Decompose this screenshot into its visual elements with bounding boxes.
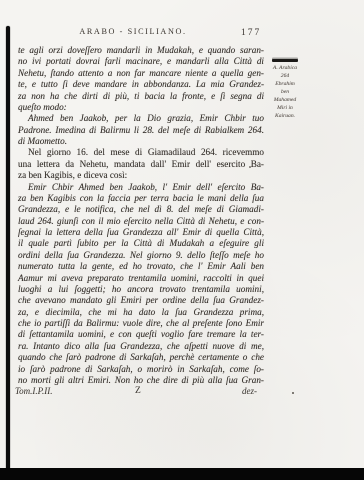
margin-note-rule: [272, 59, 298, 62]
text-line: che avevano mandato gli Emiri per ordine…: [18, 295, 264, 306]
text-line: il quale partì ſubito per la Città di Mu…: [18, 238, 264, 249]
book-page-scan: ARABO - SICILIANO. 177 te agli orzi dove…: [0, 0, 364, 480]
footer-volume-label: Tom.I.P.II.: [15, 386, 53, 396]
footer-signature-mark: Z: [135, 386, 141, 396]
text-line: te, e tutto ſi deve mandare in abbondanz…: [18, 79, 264, 90]
text-line: Ebrahim: [261, 80, 309, 88]
text-line: Grandezza, e le notifica, che nel dì 8. …: [18, 204, 264, 215]
text-line: ordini della ſua Grandezza. Nel giorno 9…: [18, 250, 264, 261]
text-line: za, e diecimila, che mi ha dato la ſua G…: [18, 307, 264, 318]
page-number: 177: [241, 28, 261, 38]
text-line: Aamur mi aveva preparato trentamila uomi…: [18, 273, 264, 284]
text-line: di ſettantamila uomini, e con queſti vog…: [18, 329, 264, 340]
text-line: ben: [261, 88, 309, 96]
text-line: no morti gli altri Emiri. Non ho che dir…: [18, 375, 264, 386]
ink-speck: [249, 166, 251, 168]
text-line: io ſarò padrone di Sarkaſah, o morirò in…: [18, 364, 264, 375]
text-line: Kairuan.: [261, 112, 309, 120]
text-line: Nehetu, ſtando attento a non far mancare…: [18, 68, 264, 79]
text-line: luoghi a lui ſoggetti; ho ancora trovato…: [18, 284, 264, 295]
text-line: no ivi portati dovrai farli macinare, e …: [18, 56, 264, 67]
paragraph-letter-baza: Emir Chbir Ahmed ben Jaakob, l' Emir del…: [18, 182, 264, 387]
text-line: Ahmed ben Jaakob, per la Dio grazia, Emi…: [18, 113, 264, 124]
text-line: Nel giorno 16. del mese di Giamadilaud 2…: [18, 147, 264, 158]
text-line: A. Arabica: [261, 64, 309, 72]
text-line: queſto modo:: [18, 102, 264, 113]
scan-border-bottom: [0, 468, 364, 480]
text-line: Emir Chbir Ahmed ben Jaakob, l' Emir del…: [18, 182, 264, 193]
text-line: ſegnai la lettera della ſua Grandezza al…: [18, 227, 264, 238]
text-line: numerato tutta la gente, ed ho trovato, …: [18, 261, 264, 272]
text-line: laud 264. giunſi con il mio eſercito nel…: [18, 216, 264, 227]
text-column: te agli orzi doveſſero mandarli in Mudak…: [18, 45, 264, 386]
text-line: Miri in: [261, 104, 309, 112]
footer-catchword: dez-: [242, 386, 257, 396]
text-line: Mahamed: [261, 96, 309, 104]
margin-note: A. Arabica264EbrahimbenMahamedMiri inKai…: [261, 64, 309, 120]
text-line: di Maometto.: [18, 136, 264, 147]
scan-border-left: [6, 26, 10, 480]
ink-speck: [292, 392, 294, 394]
paragraph-letter-signature: Ahmed ben Jaakob, per la Dio grazia, Emi…: [18, 113, 264, 147]
text-line: quando che ſarò padrone di Sarkaſah, per…: [18, 352, 264, 363]
text-line: che io partiſſi da Balirmu: vuole dire, …: [18, 318, 264, 329]
paragraph-narrative: Nel giorno 16. del mese di Giamadilaud 2…: [18, 147, 264, 181]
text-line: Padrone. Imedina di Balirmu li 28. del m…: [18, 125, 264, 136]
text-line: ra. Intanto dico alla ſua Grandezza, che…: [18, 341, 264, 352]
running-head: ARABO - SICILIANO.: [18, 27, 248, 36]
paragraph-letter-end: te agli orzi doveſſero mandarli in Mudak…: [18, 45, 264, 113]
text-line: za non ha che dirti di più, ti bacia la …: [18, 91, 264, 102]
text-line: 264: [261, 72, 309, 80]
text-line: za ben Kagibis con la faccia per terra b…: [18, 193, 264, 204]
text-line: za ben Kagibis, e diceva così:: [18, 170, 264, 181]
text-line: una lettera da Nehetu, mandata dall' Emi…: [18, 159, 264, 170]
text-line: te agli orzi doveſſero mandarli in Mudak…: [18, 45, 264, 56]
